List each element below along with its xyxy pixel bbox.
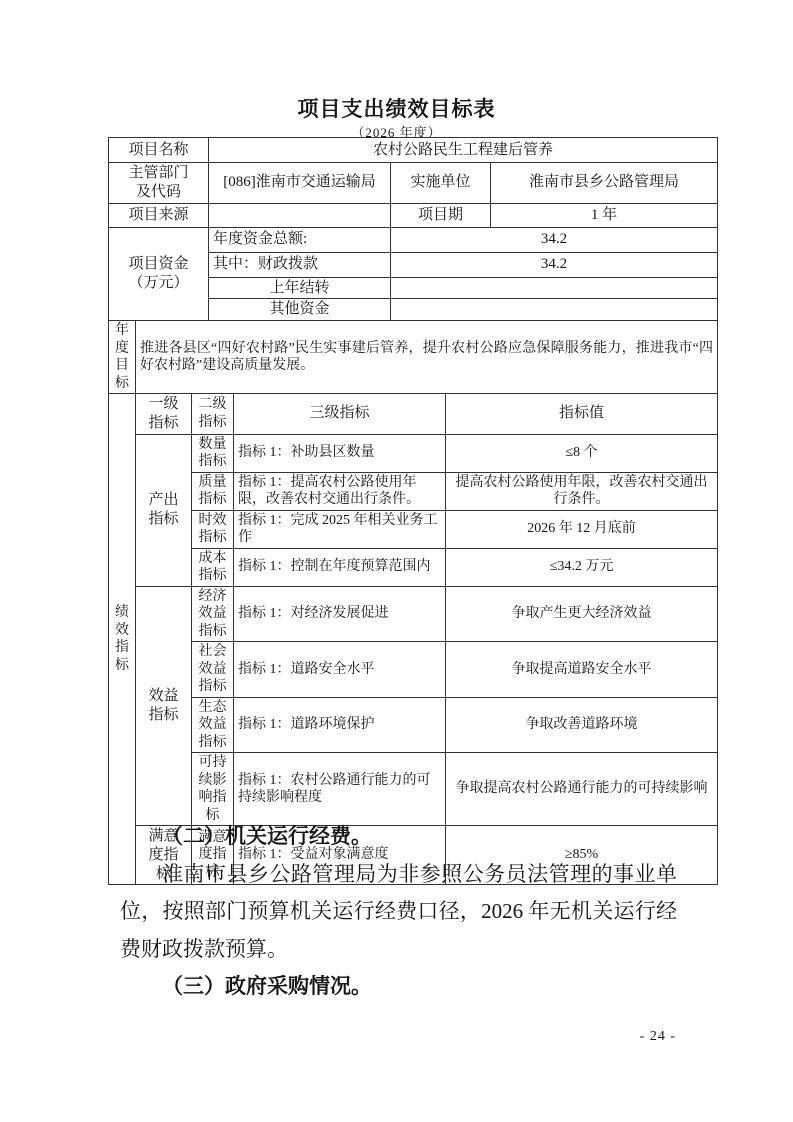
project-name-value: 农村公路民生工程建后管养	[209, 138, 718, 163]
funds-total-label: 年度资金总额:	[209, 227, 391, 252]
level1-benefit: 效益 指标	[136, 586, 192, 826]
level2-quantity: 数量 指标	[192, 434, 234, 472]
row-output-quality: 质量 指标 指标 1：提高农村公路使用年限，改善农村交通出行条件。 提高农村公路…	[109, 472, 718, 510]
level2-quality: 质量 指标	[192, 472, 234, 510]
indicator-cost: 指标 1：控制在年度预算范围内	[234, 548, 446, 586]
period-value: 1 年	[491, 203, 718, 227]
section-heading-procurement: （三）政府采购情况。	[120, 968, 677, 1006]
impl-unit-value: 淮南市县乡公路管理局	[491, 163, 718, 204]
indicator-economic: 指标 1：对经济发展促进	[234, 586, 446, 642]
annual-goal-text: 推进各县区“四好农村路”民生实事建后管养，提升农村公路应急保障服务能力，推进我市…	[136, 321, 718, 394]
funds-carryover-value	[391, 277, 718, 299]
value-quality: 提高农村公路使用年限，改善农村交通出行条件。	[446, 472, 718, 510]
level2-timeliness: 时效 指标	[192, 510, 234, 548]
funds-label: 项目资金 （万元）	[109, 227, 209, 321]
row-benefit-sustainable: 可持 续影 响指 标 指标 1：农村公路通行能力的可持续影响程度 争取提高农村公…	[109, 753, 718, 826]
level2-social: 社会 效益 指标	[192, 642, 234, 698]
project-name-label: 项目名称	[109, 138, 209, 163]
perf-section-label: 绩效指标	[109, 394, 136, 885]
row-benefit-ecological: 生态 效益 指标 指标 1：道路环境保护 争取改善道路环境	[109, 697, 718, 753]
perf-header-value: 指标值	[446, 394, 718, 435]
row-benefit-social: 社会 效益 指标 指标 1：道路安全水平 争取提高道路安全水平	[109, 642, 718, 698]
perf-header-level3: 三级指标	[234, 394, 446, 435]
level2-cost: 成本 指标	[192, 548, 234, 586]
indicator-ecological: 指标 1：道路环境保护	[234, 697, 446, 753]
row-project-name: 项目名称 农村公路民生工程建后管养	[109, 138, 718, 163]
value-timeliness: 2026 年 12 月底前	[446, 510, 718, 548]
performance-target-table: 项目名称 农村公路民生工程建后管养 主管部门 及代码 [086]淮南市交通运输局…	[108, 137, 718, 885]
dept-label: 主管部门 及代码	[109, 163, 209, 204]
funds-carryover-label: 上年结转	[209, 277, 391, 299]
source-label: 项目来源	[109, 203, 209, 227]
funds-total-value: 34.2	[391, 227, 718, 252]
value-economic: 争取产生更大经济效益	[446, 586, 718, 642]
indicator-quantity: 指标 1：补助县区数量	[234, 434, 446, 472]
indicator-timeliness: 指标 1：完成 2025 年相关业务工作	[234, 510, 446, 548]
row-department: 主管部门 及代码 [086]淮南市交通运输局 实施单位 淮南市县乡公路管理局	[109, 163, 718, 204]
row-annual-goal: 年度目标 推进各县区“四好农村路”民生实事建后管养，提升农村公路应急保障服务能力…	[109, 321, 718, 394]
funds-other-label: 其他资金	[209, 299, 391, 321]
level2-ecological: 生态 效益 指标	[192, 697, 234, 753]
impl-unit-label: 实施单位	[391, 163, 491, 204]
value-cost: ≤34.2 万元	[446, 548, 718, 586]
row-output-timeliness: 时效 指标 指标 1：完成 2025 年相关业务工作 2026 年 12 月底前	[109, 510, 718, 548]
perf-header-level2: 二级 指标	[192, 394, 234, 435]
section-paragraph-agency-funds: 淮南市县乡公路管理局为非参照公务员法管理的事业单位，按照部门预算机关运行经费口径…	[120, 856, 677, 969]
row-funds-total: 项目资金 （万元） 年度资金总额: 34.2	[109, 227, 718, 252]
row-benefit-economic: 效益 指标 经济 效益 指标 指标 1：对经济发展促进 争取产生更大经济效益	[109, 586, 718, 642]
value-social: 争取提高道路安全水平	[446, 642, 718, 698]
perf-header-level1: 一级 指标	[136, 394, 192, 435]
funds-fiscal-label: 其中：财政拨款	[209, 252, 391, 277]
period-label: 项目期	[391, 203, 491, 227]
row-output-quantity: 产出 指标 数量 指标 指标 1：补助县区数量 ≤8 个	[109, 434, 718, 472]
funds-other-value	[391, 299, 718, 321]
funds-fiscal-value: 34.2	[391, 252, 718, 277]
section-heading-agency-funds: （二）机关运行经费。	[120, 818, 677, 856]
value-sustainable: 争取提高农村公路通行能力的可持续影响	[446, 753, 718, 826]
indicator-quality: 指标 1：提高农村公路使用年限，改善农村交通出行条件。	[234, 472, 446, 510]
indicator-social: 指标 1：道路安全水平	[234, 642, 446, 698]
doc-title: 项目支出绩效目标表	[0, 93, 793, 123]
level1-output: 产出 指标	[136, 434, 192, 586]
body-section: （二）机关运行经费。 淮南市县乡公路管理局为非参照公务员法管理的事业单位，按照部…	[120, 818, 677, 1006]
document-page: 项目支出绩效目标表 （2026 年度） 项目名称 农村公路民生工程建后管养 主管…	[0, 0, 793, 1122]
dept-value: [086]淮南市交通运输局	[209, 163, 391, 204]
level2-economic: 经济 效益 指标	[192, 586, 234, 642]
source-value	[209, 203, 391, 227]
row-output-cost: 成本 指标 指标 1：控制在年度预算范围内 ≤34.2 万元	[109, 548, 718, 586]
annual-goal-label: 年度目标	[109, 321, 136, 394]
indicator-sustainable: 指标 1：农村公路通行能力的可持续影响程度	[234, 753, 446, 826]
page-number: - 24 -	[0, 1029, 676, 1045]
row-perf-header: 绩效指标 一级 指标 二级 指标 三级指标 指标值	[109, 394, 718, 435]
row-project-source: 项目来源 项目期 1 年	[109, 203, 718, 227]
level2-sustainable: 可持 续影 响指 标	[192, 753, 234, 826]
value-quantity: ≤8 个	[446, 434, 718, 472]
value-ecological: 争取改善道路环境	[446, 697, 718, 753]
